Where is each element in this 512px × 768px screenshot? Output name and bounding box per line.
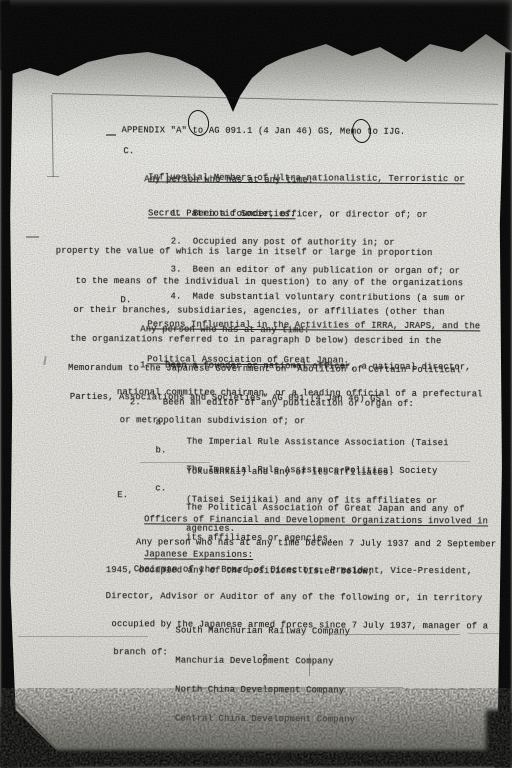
fold-crease-line xyxy=(410,461,470,462)
fold-crease-line xyxy=(330,634,460,635)
paragraph-line: Chairman of the Board of Directors, Pres… xyxy=(134,565,489,576)
fold-crease-line xyxy=(468,633,504,634)
section-c-letter: C. xyxy=(123,147,134,157)
company-list-item: South Manchurian Railway Company xyxy=(175,627,355,638)
page-number: 2 xyxy=(262,654,268,664)
scan-edge-bottom xyxy=(0,750,512,768)
list-item-text: Been a founder or national officer, a na… xyxy=(165,361,471,372)
section-d-letter: D. xyxy=(120,296,131,306)
section-d-intro: Any person who has at any time: xyxy=(140,325,309,336)
fold-crease-line xyxy=(188,687,403,688)
list-item: 1.Been a founder or national officer, a … xyxy=(140,361,483,372)
fold-crease-line xyxy=(140,462,210,463)
paragraph-line: property the value of which is large in … xyxy=(56,247,464,259)
document-body: APPENDIX "A" to AG 091.1 (4 Jan 46) GS, … xyxy=(0,0,512,768)
paragraph-line: to the means of the individual in questi… xyxy=(76,276,464,288)
section-c-intro: Any person who has at any time: xyxy=(144,175,313,186)
scan-bottom-smudge xyxy=(0,690,512,756)
list-item-number: 1. xyxy=(140,361,165,370)
scan-corner-bottom-right xyxy=(486,710,512,762)
scanned-document-page: APPENDIX "A" to AG 091.1 (4 Jan 46) GS, … xyxy=(0,0,512,768)
stray-vertical-tick xyxy=(309,654,310,676)
list-item: 1.Been a founder, officer, or director o… xyxy=(171,210,466,221)
list-item-text: Been a founder, officer, or director of;… xyxy=(193,210,428,221)
stray-mark xyxy=(106,134,116,136)
list-item-number: 1. xyxy=(171,210,193,219)
stray-mark xyxy=(26,236,39,238)
section-e-letter: E. xyxy=(117,491,128,501)
fold-crease-line xyxy=(18,636,148,637)
paragraph-line: Director, Advisor or Auditor of any of t… xyxy=(106,593,489,605)
